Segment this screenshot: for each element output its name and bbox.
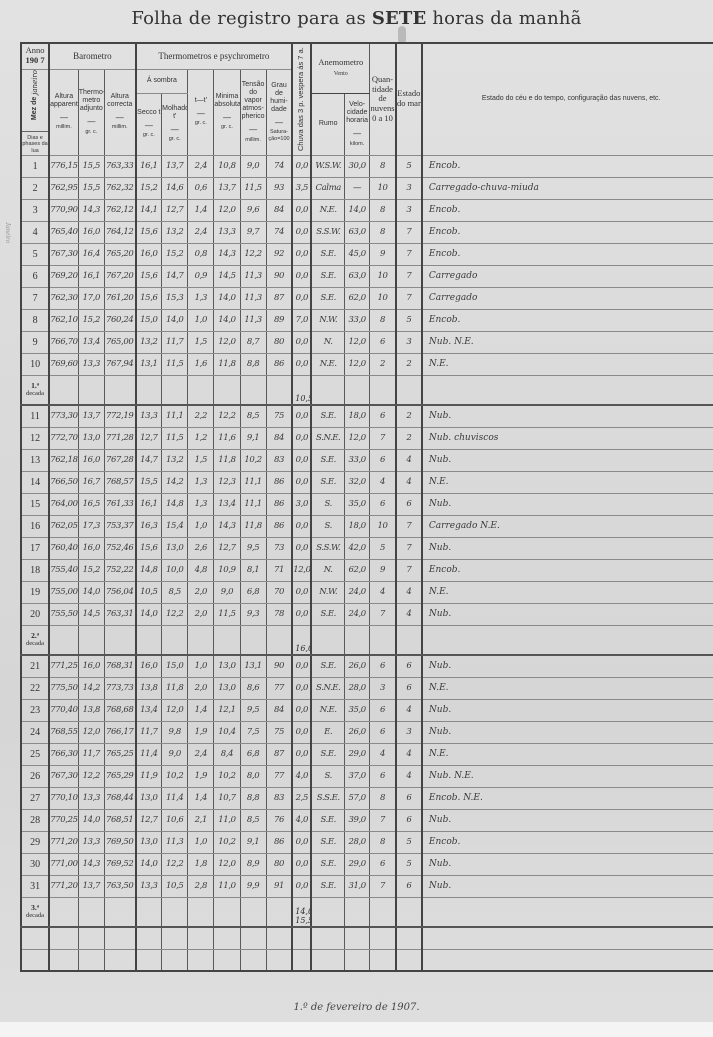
alt_app-cell: 762,10 — [49, 309, 78, 331]
nuvens-cell: 10 — [370, 265, 396, 287]
alt_app-cell: 768,55 — [49, 721, 78, 743]
day-cell: 26 — [21, 765, 49, 787]
veloc-cell: 33,0 — [345, 449, 370, 471]
blank-row — [21, 927, 713, 949]
day-cell: 1 — [21, 155, 49, 177]
min-cell: 12,0 — [214, 199, 240, 221]
alt_app-cell: 755,50 — [49, 603, 78, 625]
nuvens-cell: 10 — [370, 515, 396, 537]
sky-state-cell: Nub. — [422, 537, 713, 559]
secco-cell: 16,1 — [136, 493, 162, 515]
sky-state-cell: Carregado N.E. — [422, 515, 713, 537]
min-cell: 11,0 — [214, 809, 240, 831]
barometer-header: Barometro — [49, 43, 135, 69]
chuva-cell: 0,0 — [292, 155, 311, 177]
humid-cell: 84 — [266, 199, 292, 221]
humid-cell: 90 — [266, 265, 292, 287]
day-cell: 7 — [21, 287, 49, 309]
min-cell: 12,7 — [214, 537, 240, 559]
chuva-cell: 0,0 — [292, 515, 311, 537]
molh-cell: 9,8 — [162, 721, 188, 743]
molh-cell: 15,0 — [162, 655, 188, 677]
humid-cell: 80 — [266, 331, 292, 353]
tensao-cell: 9,9 — [240, 875, 266, 897]
alt_corr-cell: 765,20 — [104, 243, 135, 265]
secco-cell: 13,2 — [136, 331, 162, 353]
veloc-cell: 37,0 — [345, 765, 370, 787]
humid-cell: 86 — [266, 471, 292, 493]
molh-cell: 13,0 — [162, 537, 188, 559]
chuva-cell: 0,0 — [292, 537, 311, 559]
nuvens-cell: 7 — [370, 809, 396, 831]
alt_corr-cell: 764,12 — [104, 221, 135, 243]
table-row: 28770,2514,0768,5112,710,62,111,08,5764,… — [21, 809, 713, 831]
table-row: 5767,3016,4765,2016,015,20,814,312,2920,… — [21, 243, 713, 265]
tensao-cell: 9,1 — [240, 427, 266, 449]
therm-cell: 13,3 — [78, 787, 104, 809]
molh-cell: 13,7 — [162, 155, 188, 177]
rain-decade-total: 16,0 — [292, 625, 311, 655]
humid-cell: 89 — [266, 309, 292, 331]
nuvens-cell: 8 — [370, 221, 396, 243]
day-cell: 27 — [21, 787, 49, 809]
veloc-cell: 12,0 — [345, 427, 370, 449]
chuva-cell: 0,0 — [292, 721, 311, 743]
secco-cell: 15,2 — [136, 177, 162, 199]
diff-cell: 2,8 — [188, 875, 214, 897]
mar-cell: 6 — [396, 493, 422, 515]
veloc-cell: 57,0 — [345, 787, 370, 809]
secco-cell: 14,8 — [136, 559, 162, 581]
sky-state-cell: Carregado — [422, 265, 713, 287]
veloc-cell: 24,0 — [345, 603, 370, 625]
nuvens-cell: 8 — [370, 309, 396, 331]
rumo-cell: S.E. — [311, 471, 344, 493]
veloc-cell: 39,0 — [345, 809, 370, 831]
alt_app-cell: 775,50 — [49, 677, 78, 699]
molh-cell: 14,8 — [162, 493, 188, 515]
nuvens-cell: 10 — [370, 177, 396, 199]
veloc-cell: 42,0 — [345, 537, 370, 559]
secco-cell: 11,7 — [136, 721, 162, 743]
alt_corr-cell: 768,31 — [104, 655, 135, 677]
chuva-cell: 4,0 — [292, 765, 311, 787]
min-cell: 14,3 — [214, 243, 240, 265]
veloc-cell: 31,0 — [345, 875, 370, 897]
alt_corr-cell: 771,28 — [104, 427, 135, 449]
therm-cell: 14,0 — [78, 809, 104, 831]
min-cell: 14,5 — [214, 265, 240, 287]
table-row: 3770,9014,3762,1214,112,71,412,09,6840,0… — [21, 199, 713, 221]
diff-cell: 2,4 — [188, 743, 214, 765]
mar-cell: 3 — [396, 331, 422, 353]
rumo-cell: S.E. — [311, 287, 344, 309]
mar-cell: 6 — [396, 787, 422, 809]
veloc-cell: 63,0 — [345, 221, 370, 243]
sky-state-cell: Nub. — [422, 853, 713, 875]
min-cell: 13,0 — [214, 677, 240, 699]
rumo-cell: S.E. — [311, 655, 344, 677]
molh-cell: 10,2 — [162, 765, 188, 787]
scan-margin — [0, 1022, 713, 1037]
tensao-cell: 8,0 — [240, 765, 266, 787]
rumo-cell: S.E. — [311, 809, 344, 831]
table-row: 6769,2016,1767,2015,614,70,914,511,3900,… — [21, 265, 713, 287]
veloc-cell: 26,0 — [345, 721, 370, 743]
table-row: 14766,5016,7768,5715,514,21,312,311,1860… — [21, 471, 713, 493]
mar-cell: 5 — [396, 309, 422, 331]
secco-cell: 12,7 — [136, 427, 162, 449]
mar-cell: 7 — [396, 243, 422, 265]
chuva-cell: 0,0 — [292, 331, 311, 353]
min-cell: 13,7 — [214, 177, 240, 199]
therm-cell: 14,0 — [78, 581, 104, 603]
anemometer-header: AnemometroVento — [311, 43, 369, 93]
molh-cell: 12,2 — [162, 603, 188, 625]
molh-cell: 11,1 — [162, 405, 188, 427]
therm-cell: 12,0 — [78, 721, 104, 743]
humid-cell: 91 — [266, 875, 292, 897]
tensao-cell: 9,0 — [240, 155, 266, 177]
chuva-cell: 0,0 — [292, 287, 311, 309]
tensao-cell: 9,3 — [240, 603, 266, 625]
diff-cell: 1,3 — [188, 287, 214, 309]
veloc-cell: 35,0 — [345, 699, 370, 721]
therm-cell: 16,0 — [78, 655, 104, 677]
molh-cell: 11,3 — [162, 831, 188, 853]
veloc-cell: 33,0 — [345, 309, 370, 331]
mar-cell: 6 — [396, 875, 422, 897]
min-cell: 12,3 — [214, 471, 240, 493]
diff-cell: 0,8 — [188, 243, 214, 265]
blank-row — [21, 949, 713, 971]
mar-cell: 7 — [396, 515, 422, 537]
chuva-cell: 0,0 — [292, 243, 311, 265]
alt_corr-cell: 761,20 — [104, 287, 135, 309]
molh-cell: 15,2 — [162, 243, 188, 265]
chuva-cell: 3,5 — [292, 177, 311, 199]
alt_app-cell: 767,30 — [49, 243, 78, 265]
humid-cell: 86 — [266, 353, 292, 375]
secco-cell: 15,6 — [136, 287, 162, 309]
table-row: 22775,5014,2773,7313,811,82,013,08,6770,… — [21, 677, 713, 699]
therm-cell: 14,5 — [78, 603, 104, 625]
molh-cell: 14,2 — [162, 471, 188, 493]
secco-cell: 15,6 — [136, 221, 162, 243]
min-cell: 10,2 — [214, 831, 240, 853]
min-cell: 14,0 — [214, 287, 240, 309]
tensao-cell: 11,1 — [240, 471, 266, 493]
humidity-header: Grau de humi-dade—Satura-ção=100 — [266, 69, 292, 155]
humid-cell: 74 — [266, 155, 292, 177]
diff-cell: 2,2 — [188, 405, 214, 427]
table-row: 7762,3017,0761,2015,615,31,314,011,3870,… — [21, 287, 713, 309]
tensao-cell: 11,3 — [240, 287, 266, 309]
veloc-cell: 14,0 — [345, 199, 370, 221]
day-cell: 23 — [21, 699, 49, 721]
footer-date: 1.º de fevereiro de 1907. — [0, 1002, 713, 1013]
humid-cell: 70 — [266, 581, 292, 603]
nuvens-cell: 9 — [370, 559, 396, 581]
humid-cell: 87 — [266, 287, 292, 309]
veloc-cell: 29,0 — [345, 743, 370, 765]
min-cell: 13,0 — [214, 655, 240, 677]
humid-cell: 87 — [266, 743, 292, 765]
alt_corr-cell: 753,37 — [104, 515, 135, 537]
veloc-cell: 29,0 — [345, 853, 370, 875]
table-row: 2762,9515,5762,3215,214,60,613,711,5933,… — [21, 177, 713, 199]
secco-cell: 11,4 — [136, 743, 162, 765]
wind-speed-header: Velo-cidade horaria—kilom. — [345, 93, 370, 155]
nuvens-cell: 8 — [370, 787, 396, 809]
day-cell: 2 — [21, 177, 49, 199]
day-cell: 5 — [21, 243, 49, 265]
table-row: 8762,1015,2760,2415,014,01,014,011,3897,… — [21, 309, 713, 331]
mar-cell: 5 — [396, 831, 422, 853]
table-row: 27770,1013,3768,4413,011,41,410,78,8832,… — [21, 787, 713, 809]
rumo-cell: S.E. — [311, 603, 344, 625]
molh-cell: 13,2 — [162, 449, 188, 471]
chuva-cell: 0,0 — [292, 875, 311, 897]
rumo-cell: S.N.E. — [311, 427, 344, 449]
day-cell: 31 — [21, 875, 49, 897]
alt_corr-cell: 768,44 — [104, 787, 135, 809]
table-row: 26767,3012,2765,2911,910,21,910,28,0774,… — [21, 765, 713, 787]
sky-state-cell: Encob. — [422, 309, 713, 331]
rumo-cell: S.E. — [311, 875, 344, 897]
humid-cell: 75 — [266, 721, 292, 743]
alt_app-cell: 770,25 — [49, 809, 78, 831]
secco-cell: 13,0 — [136, 831, 162, 853]
veloc-cell: 62,0 — [345, 559, 370, 581]
alt_corr-cell: 762,32 — [104, 177, 135, 199]
sky-state-cell: Nub. chuviscos — [422, 427, 713, 449]
rumo-cell: S.E. — [311, 831, 344, 853]
mar-cell: 7 — [396, 265, 422, 287]
diff-cell: 1,5 — [188, 331, 214, 353]
sky-state-cell: Encob. N.E. — [422, 787, 713, 809]
secco-cell: 13,3 — [136, 405, 162, 427]
tensao-cell: 9,6 — [240, 199, 266, 221]
year-header: Anno190 7 — [21, 43, 49, 69]
molh-cell: 11,8 — [162, 677, 188, 699]
diff-cell: 1,9 — [188, 721, 214, 743]
veloc-cell: 26,0 — [345, 655, 370, 677]
day-cell: 16 — [21, 515, 49, 537]
diff-cell: 2,1 — [188, 809, 214, 831]
table-row: 31771,2013,7763,5013,310,52,811,09,9910,… — [21, 875, 713, 897]
rumo-cell: N. — [311, 559, 344, 581]
secco-cell: 14,7 — [136, 449, 162, 471]
rain-decade-total: 14,015,5 — [292, 897, 311, 927]
mar-cell: 7 — [396, 287, 422, 309]
nuvens-cell: 6 — [370, 853, 396, 875]
table-row: 24768,5512,0766,1711,79,81,910,47,5750,0… — [21, 721, 713, 743]
diff-cell: 1,5 — [188, 449, 214, 471]
rumo-cell: S.E. — [311, 405, 344, 427]
secco-cell: 16,3 — [136, 515, 162, 537]
nuvens-cell: 3 — [370, 677, 396, 699]
mar-cell: 4 — [396, 581, 422, 603]
chuva-cell: 12,0 — [292, 559, 311, 581]
mar-cell: 5 — [396, 853, 422, 875]
table-row: 19755,0014,0756,0410,58,52,09,06,8700,0N… — [21, 581, 713, 603]
vapor-tension-header: Tensão do vapor atmos-pherico—millim. — [240, 69, 266, 155]
sky-state-cell: N.E. — [422, 581, 713, 603]
shade-header: Á sombra — [136, 69, 188, 93]
tensao-cell: 8,6 — [240, 677, 266, 699]
rumo-cell: S. — [311, 493, 344, 515]
cloud-amount-header: Quan-tidade de nuvens 0 a 10 — [370, 43, 396, 155]
rumo-cell: W.S.W. — [311, 155, 344, 177]
secco-cell: 15,6 — [136, 537, 162, 559]
alt_corr-cell: 763,33 — [104, 155, 135, 177]
secco-cell: 15,0 — [136, 309, 162, 331]
therm-cell: 11,7 — [78, 743, 104, 765]
table-row: 25766,3011,7765,2511,49,02,48,46,8870,0S… — [21, 743, 713, 765]
humid-cell: 90 — [266, 655, 292, 677]
diff-cell: 1,4 — [188, 787, 214, 809]
nuvens-cell: 8 — [370, 155, 396, 177]
humid-cell: 93 — [266, 177, 292, 199]
min-cell: 14,3 — [214, 515, 240, 537]
alt_app-cell: 771,00 — [49, 853, 78, 875]
mar-cell: 3 — [396, 177, 422, 199]
table-row: 15764,0016,5761,3316,114,81,313,411,1863… — [21, 493, 713, 515]
diff-cell: 0,9 — [188, 265, 214, 287]
nuvens-cell: 6 — [370, 721, 396, 743]
tensao-cell: 11,3 — [240, 309, 266, 331]
nuvens-cell: 10 — [370, 287, 396, 309]
diff-cell: 1,0 — [188, 655, 214, 677]
molh-cell: 15,4 — [162, 515, 188, 537]
rain-decade-total: 10,5 — [292, 375, 311, 405]
veloc-cell: 28,0 — [345, 831, 370, 853]
margin-note: Janeiro — [4, 222, 12, 243]
molh-cell: 11,4 — [162, 787, 188, 809]
corrected-height-header: Altura correcta—millim. — [104, 69, 135, 155]
diff-cell: 1,6 — [188, 353, 214, 375]
min-cell: 10,4 — [214, 721, 240, 743]
wind-direction-header: Rumo — [311, 93, 344, 155]
therm-cell: 13,4 — [78, 331, 104, 353]
molh-cell: 14,6 — [162, 177, 188, 199]
alt_corr-cell: 769,50 — [104, 831, 135, 853]
min-cell: 13,4 — [214, 493, 240, 515]
rumo-cell: E. — [311, 721, 344, 743]
alt_corr-cell: 763,50 — [104, 875, 135, 897]
alt_app-cell: 772,70 — [49, 427, 78, 449]
alt_app-cell: 755,40 — [49, 559, 78, 581]
chuva-cell: 7,0 — [292, 309, 311, 331]
therm-cell: 12,2 — [78, 765, 104, 787]
day-cell: 20 — [21, 603, 49, 625]
nuvens-cell: 8 — [370, 199, 396, 221]
day-cell: 8 — [21, 309, 49, 331]
nuvens-cell: 9 — [370, 243, 396, 265]
humid-cell: 83 — [266, 787, 292, 809]
humid-cell: 83 — [266, 449, 292, 471]
secco-cell: 16,1 — [136, 155, 162, 177]
chuva-cell: 0,0 — [292, 853, 311, 875]
secco-cell: 13,0 — [136, 787, 162, 809]
sky-state-cell: Encob. — [422, 155, 713, 177]
day-cell: 24 — [21, 721, 49, 743]
alt_app-cell: 773,30 — [49, 405, 78, 427]
nuvens-cell: 2 — [370, 353, 396, 375]
table-row: 16762,0517,3753,3716,315,41,014,311,8860… — [21, 515, 713, 537]
tensao-cell: 13,1 — [240, 655, 266, 677]
alt_app-cell: 770,10 — [49, 787, 78, 809]
tensao-cell: 8,9 — [240, 853, 266, 875]
secco-cell: 15,5 — [136, 471, 162, 493]
therm-cell: 13,3 — [78, 831, 104, 853]
therm-cell: 13,3 — [78, 353, 104, 375]
chuva-cell: 0,0 — [292, 427, 311, 449]
veloc-cell: 12,0 — [345, 331, 370, 353]
veloc-cell: 18,0 — [345, 405, 370, 427]
mar-cell: 6 — [396, 655, 422, 677]
mar-cell: 3 — [396, 199, 422, 221]
table-row: 21771,2516,0768,3116,015,01,013,013,1900… — [21, 655, 713, 677]
sky-state-cell: Nub. — [422, 449, 713, 471]
table-row: 11773,3013,7772,1913,311,12,212,28,5750,… — [21, 405, 713, 427]
molh-cell: 10,5 — [162, 875, 188, 897]
rumo-cell: S. — [311, 765, 344, 787]
humid-cell: 77 — [266, 765, 292, 787]
chuva-cell: 0,0 — [292, 471, 311, 493]
therm-cell: 14,3 — [78, 199, 104, 221]
alt_app-cell: 762,18 — [49, 449, 78, 471]
humid-cell: 92 — [266, 243, 292, 265]
alt_corr-cell: 767,28 — [104, 449, 135, 471]
molh-cell: 14,7 — [162, 265, 188, 287]
secco-cell: 11,9 — [136, 765, 162, 787]
wet-header: Molhado t'—gr. c. — [162, 93, 188, 155]
secco-cell: 13,1 — [136, 353, 162, 375]
tensao-cell: 11,5 — [240, 177, 266, 199]
alt_app-cell: 765,40 — [49, 221, 78, 243]
molh-cell: 11,7 — [162, 331, 188, 353]
min-cell: 12,0 — [214, 853, 240, 875]
alt_app-cell: 770,90 — [49, 199, 78, 221]
sky-state-cell: Encob. — [422, 831, 713, 853]
sky-state-cell: Nub. N.E. — [422, 331, 713, 353]
diff-cell: 1,0 — [188, 309, 214, 331]
decade-summary-row: 1.ªdecada10,5 — [21, 375, 713, 405]
nuvens-cell: 4 — [370, 581, 396, 603]
molh-cell: 14,0 — [162, 309, 188, 331]
diff-cell: 2,0 — [188, 581, 214, 603]
chuva-cell: 0,0 — [292, 581, 311, 603]
humid-cell: 73 — [266, 537, 292, 559]
veloc-cell: 24,0 — [345, 581, 370, 603]
day-cell: 9 — [21, 331, 49, 353]
day-cell: 22 — [21, 677, 49, 699]
rumo-cell: N.E. — [311, 699, 344, 721]
day-cell: 4 — [21, 221, 49, 243]
min-cell: 12,1 — [214, 699, 240, 721]
min-cell: 12,0 — [214, 331, 240, 353]
humid-cell: 74 — [266, 221, 292, 243]
therm-cell: 16,7 — [78, 471, 104, 493]
chuva-cell: 0,0 — [292, 655, 311, 677]
decade-label: 2.ªdecada — [21, 625, 49, 655]
molh-cell: 11,5 — [162, 353, 188, 375]
min-cell: 9,0 — [214, 581, 240, 603]
tensao-cell: 11,1 — [240, 493, 266, 515]
nuvens-cell: 6 — [370, 699, 396, 721]
